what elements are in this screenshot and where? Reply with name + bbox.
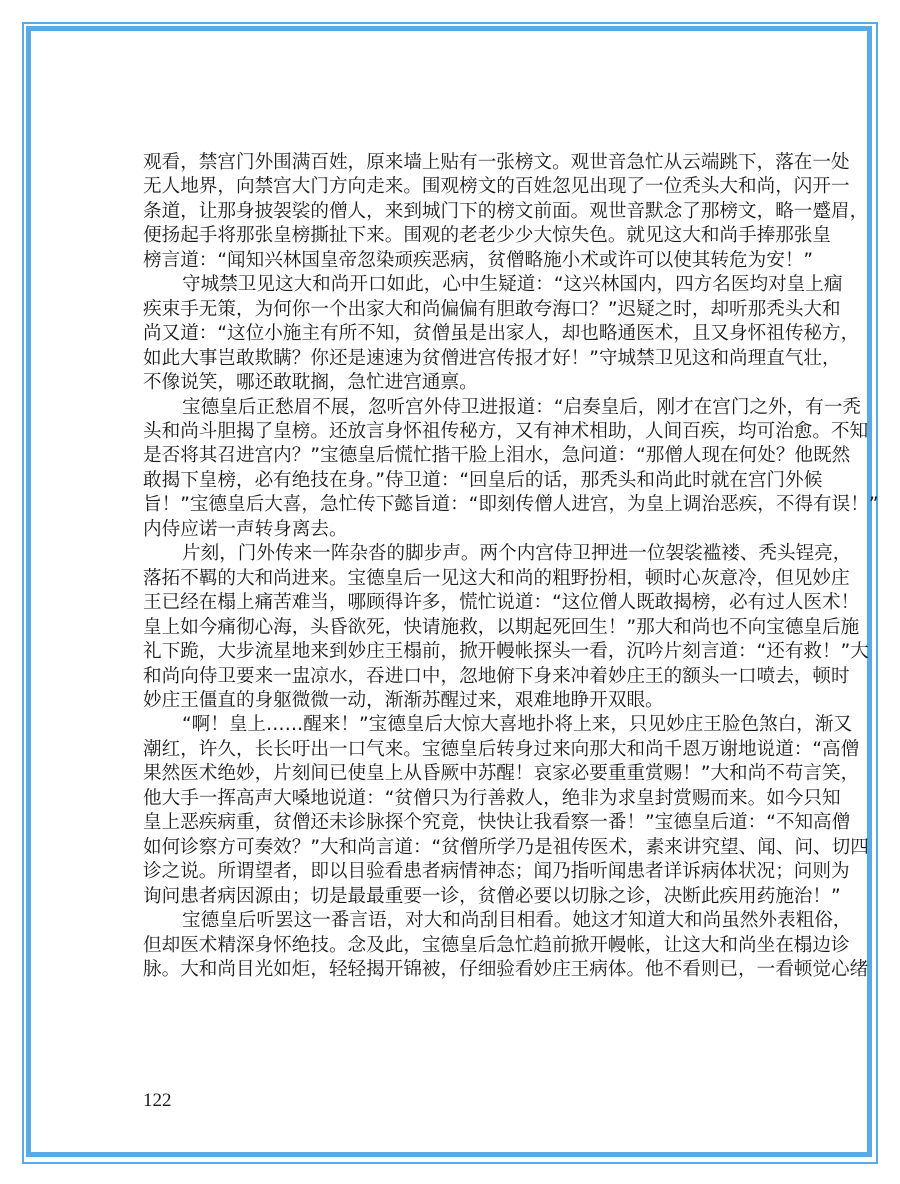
- text-line: “啊！皇上……醒来！”宝德皇后大惊大喜地扑将上来，只见妙庄王脸色煞白，渐又: [143, 713, 781, 737]
- paragraph: 观看，禁宫门外围满百姓，原来墙上贴有一张榜文。观世音急忙从云端跳下，落在一处无人…: [143, 151, 781, 273]
- text-line: 询问患者病因源由；切是最最重要一诊，贫僧必要以切脉之诊，决断此疾用药施治！”: [143, 885, 781, 909]
- text-line: 不像说笑，哪还敢耽搁，急忙进宫通禀。: [143, 371, 781, 395]
- text-line: 宝德皇后听罢这一番言语，对大和尚刮目相看。她这才知道大和尚虽然外表粗俗，: [143, 909, 781, 933]
- paragraph: 片刻，门外传来一阵杂沓的脚步声。两个内宫侍卫押进一位袈裟褴褛、秃头锃亮，落拓不羁…: [143, 542, 781, 713]
- text-line: 旨！”宝德皇后大喜，急忙传下懿旨道：“即刻传僧人进宫，为皇上调治恶疾，不得有误！…: [143, 493, 781, 517]
- paragraph: 宝德皇后正愁眉不展，忽听宫外侍卫进报道：“启奏皇后，刚才在宫门之外，有一秃头和尚…: [143, 396, 781, 543]
- text-line: 诊之说。所谓望者，即以目验看患者病情神态；闻乃指听闻患者详诉病体状况；问则为: [143, 860, 781, 884]
- text-line: 他大手一挥高声大嗓地说道：“贫僧只为行善救人，绝非为求皇封赏赐而来。如今只知: [143, 787, 781, 811]
- text-line: 便扬起手将那张皇榜撕扯下来。围观的老老少少大惊失色。就见这大和尚手捧那张皇: [143, 224, 781, 248]
- text-line: 皇上如今痛彻心海，头昏欲死，快请施救，以期起死回生！”那大和尚也不向宝德皇后施: [143, 616, 781, 640]
- paragraph: “啊！皇上……醒来！”宝德皇后大惊大喜地扑将上来，只见妙庄王脸色煞白，渐又潮红，…: [143, 713, 781, 909]
- text-line: 敢揭下皇榜，必有绝技在身。”侍卫道：“回皇后的话，那秃头和尚此时就在宫门外候: [143, 469, 781, 493]
- text-line: 无人地界，向禁宫大门方向走来。围观榜文的百姓忽见出现了一位秃头大和尚，闪开一: [143, 175, 781, 199]
- paragraph: 宝德皇后听罢这一番言语，对大和尚刮目相看。她这才知道大和尚虽然外表粗俗，但却医术…: [143, 909, 781, 982]
- text-line: 落拓不羁的大和尚进来。宝德皇后一见这大和尚的粗野扮相，顿时心灰意冷，但见妙庄: [143, 567, 781, 591]
- text-line: 宝德皇后正愁眉不展，忽听宫外侍卫进报道：“启奏皇后，刚才在宫门之外，有一秃: [143, 396, 781, 420]
- text-line: 皇上恶疾病重，贫僧还未诊脉探个究竟，快快让我看察一番！”宝德皇后道：“不知高僧: [143, 811, 781, 835]
- text-line: 内侍应诺一声转身离去。: [143, 518, 781, 542]
- text-line: 疾束手无策，为何你一个出家大和尚偏偏有胆敢夸海口？”迟疑之时，却听那秃头大和: [143, 298, 781, 322]
- text-line: 片刻，门外传来一阵杂沓的脚步声。两个内宫侍卫押进一位袈裟褴褛、秃头锃亮，: [143, 542, 781, 566]
- body-text: 观看，禁宫门外围满百姓，原来墙上贴有一张榜文。观世音急忙从云端跳下，落在一处无人…: [143, 151, 781, 982]
- text-line: 是否将其召进宫内？”宝德皇后慌忙揩干脸上泪水，急问道：“那僧人现在何处？他既然: [143, 444, 781, 468]
- text-line: 如此大事岂敢欺瞒？你还是速速为贫僧进宫传报才好！”守城禁卫见这和尚理直气壮，: [143, 347, 781, 371]
- text-line: 果然医术绝妙，片刻间已使皇上从昏厥中苏醒！哀家必要重重赏赐！”大和尚不苟言笑，: [143, 762, 781, 786]
- text-line: 尚又道：“这位小施主有所不知，贫僧虽是出家人，却也略通医术，且又身怀祖传秘方，: [143, 322, 781, 346]
- text-line: 榜言道：“闻知兴林国皇帝忽染顽疾恶病，贫僧略施小术或许可以使其转危为安！”: [143, 249, 781, 273]
- text-line: 如何诊察方可奏效？”大和尚言道：“贫僧所学乃是祖传医术，素来讲究望、闻、问、切四: [143, 836, 781, 860]
- text-line: 王已经在榻上痛苦难当，哪顾得许多，慌忙说道：“这位僧人既敢揭榜，必有过人医术！: [143, 591, 781, 615]
- text-line: 观看，禁宫门外围满百姓，原来墙上贴有一张榜文。观世音急忙从云端跳下，落在一处: [143, 151, 781, 175]
- text-line: 脉。大和尚目光如炬，轻轻揭开锦被，仔细验看妙庄王病体。他不看则已，一看顿觉心绪: [143, 958, 781, 982]
- page-number: 122: [143, 1090, 172, 1112]
- text-line: 守城禁卫见这大和尚开口如此，心中生疑道：“这兴林国内，四方名医均对皇上痼: [143, 273, 781, 297]
- text-line: 礼下跪，大步流星地来到妙庄王榻前，掀开幔帐探头一看，沉吟片刻言道：“还有救！”大: [143, 640, 781, 664]
- paragraph: 守城禁卫见这大和尚开口如此，心中生疑道：“这兴林国内，四方名医均对皇上痼疾束手无…: [143, 273, 781, 395]
- text-line: 头和尚斗胆揭了皇榜。还放言身怀祖传秘方，又有神术相助，人间百疾，均可治愈。不知: [143, 420, 781, 444]
- text-line: 潮红，许久，长长吁出一口气来。宝德皇后转身过来向那大和尚千恩万谢地说道：“高僧: [143, 738, 781, 762]
- text-line: 条道，让那身披袈裟的僧人，来到城门下的榜文前面。观世音默念了那榜文，略一蹙眉，: [143, 200, 781, 224]
- text-line: 但却医术精深身怀绝技。念及此，宝德皇后急忙趋前掀开幔帐，让这大和尚坐在榻边诊: [143, 934, 781, 958]
- text-line: 妙庄王僵直的身躯微微一动，渐渐苏醒过来，艰难地睁开双眼。: [143, 689, 781, 713]
- text-line: 和尚向侍卫要来一盅凉水，吞进口中，忽地俯下身来冲着妙庄王的额头一口喷去，顿时: [143, 665, 781, 689]
